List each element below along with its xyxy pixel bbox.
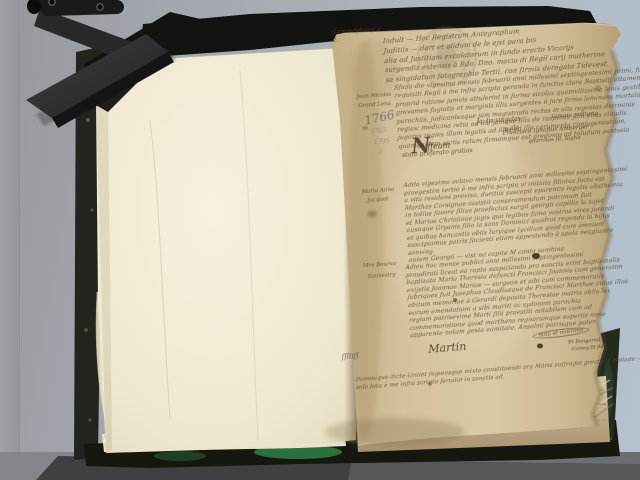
photo-canvas [0,0,640,480]
clamp-bolt [97,4,103,10]
paper-seal-stamp [418,28,476,86]
right-page [325,23,621,446]
left-page [96,47,358,453]
clamp-bolt [49,0,55,5]
scan-viewport: Gammoyheng a'2. Indult — Hoc Registrum A… [0,0,640,480]
